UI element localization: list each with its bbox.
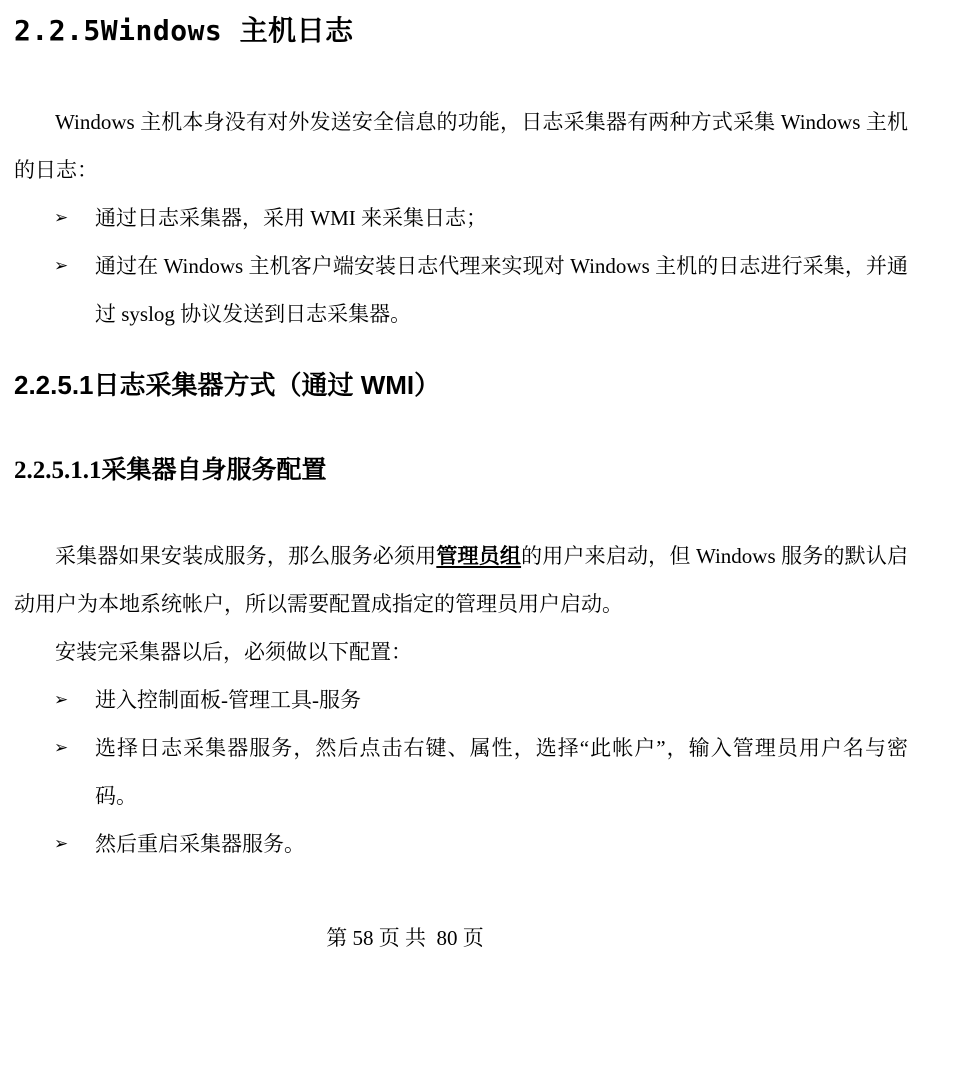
text-before-bold: 采集器如果安装成服务，那么服务必须用 [55,544,436,568]
config-steps-intro: 安装完采集器以后，必须做以下配置： [14,628,908,676]
list-item: ➢ 然后重启采集器服务。 [14,820,908,868]
bullet-text: 通过在 Windows 主机客户端安装日志代理来实现对 Windows 主机的日… [95,254,908,326]
heading-collector-via-wmi: 2.2.5.1日志采集器方式（通过 WMI） [14,368,908,402]
page-footer: 第 58 页 共 80 页 [14,923,908,953]
list-item: ➢ 进入控制面板-管理工具-服务 [14,676,908,724]
admin-group-emphasis: 管理员组 [436,544,521,568]
document-page: 2.2.5Windows 主机日志 Windows 主机本身没有对外发送安全信息… [0,0,960,1078]
bullet-text: 选择日志采集器服务，然后点击右键、属性，选择“此帐户”，输入管理员用户名与密码。 [95,736,908,808]
service-account-paragraph: 采集器如果安装成服务，那么服务必须用管理员组的用户来启动，但 Windows 服… [14,532,908,628]
list-item: ➢ 通过日志采集器，采用 WMI 来采集日志； [14,194,908,242]
arrow-bullet-icon: ➢ [54,676,68,724]
list-item: ➢ 选择日志采集器服务，然后点击右键、属性，选择“此帐户”，输入管理员用户名与密… [14,724,908,820]
bullet-text: 进入控制面板-管理工具-服务 [95,688,361,712]
config-steps-list: ➢ 进入控制面板-管理工具-服务 ➢ 选择日志采集器服务，然后点击右键、属性，选… [14,676,908,868]
arrow-bullet-icon: ➢ [54,820,68,868]
collection-methods-list: ➢ 通过日志采集器，采用 WMI 来采集日志； ➢ 通过在 Windows 主机… [14,194,908,338]
bullet-text: 然后重启采集器服务。 [95,832,305,856]
bullet-text: 通过日志采集器，采用 WMI 来采集日志； [95,206,487,230]
arrow-bullet-icon: ➢ [54,194,68,242]
arrow-bullet-icon: ➢ [54,724,68,772]
heading-collector-service-config: 2.2.5.1.1采集器自身服务配置 [14,455,908,487]
heading-windows-host-log: 2.2.5Windows 主机日志 [14,14,908,48]
intro-paragraph: Windows 主机本身没有对外发送安全信息的功能，日志采集器有两种方式采集 W… [14,98,908,194]
arrow-bullet-icon: ➢ [54,242,68,290]
list-item: ➢ 通过在 Windows 主机客户端安装日志代理来实现对 Windows 主机… [14,242,908,338]
